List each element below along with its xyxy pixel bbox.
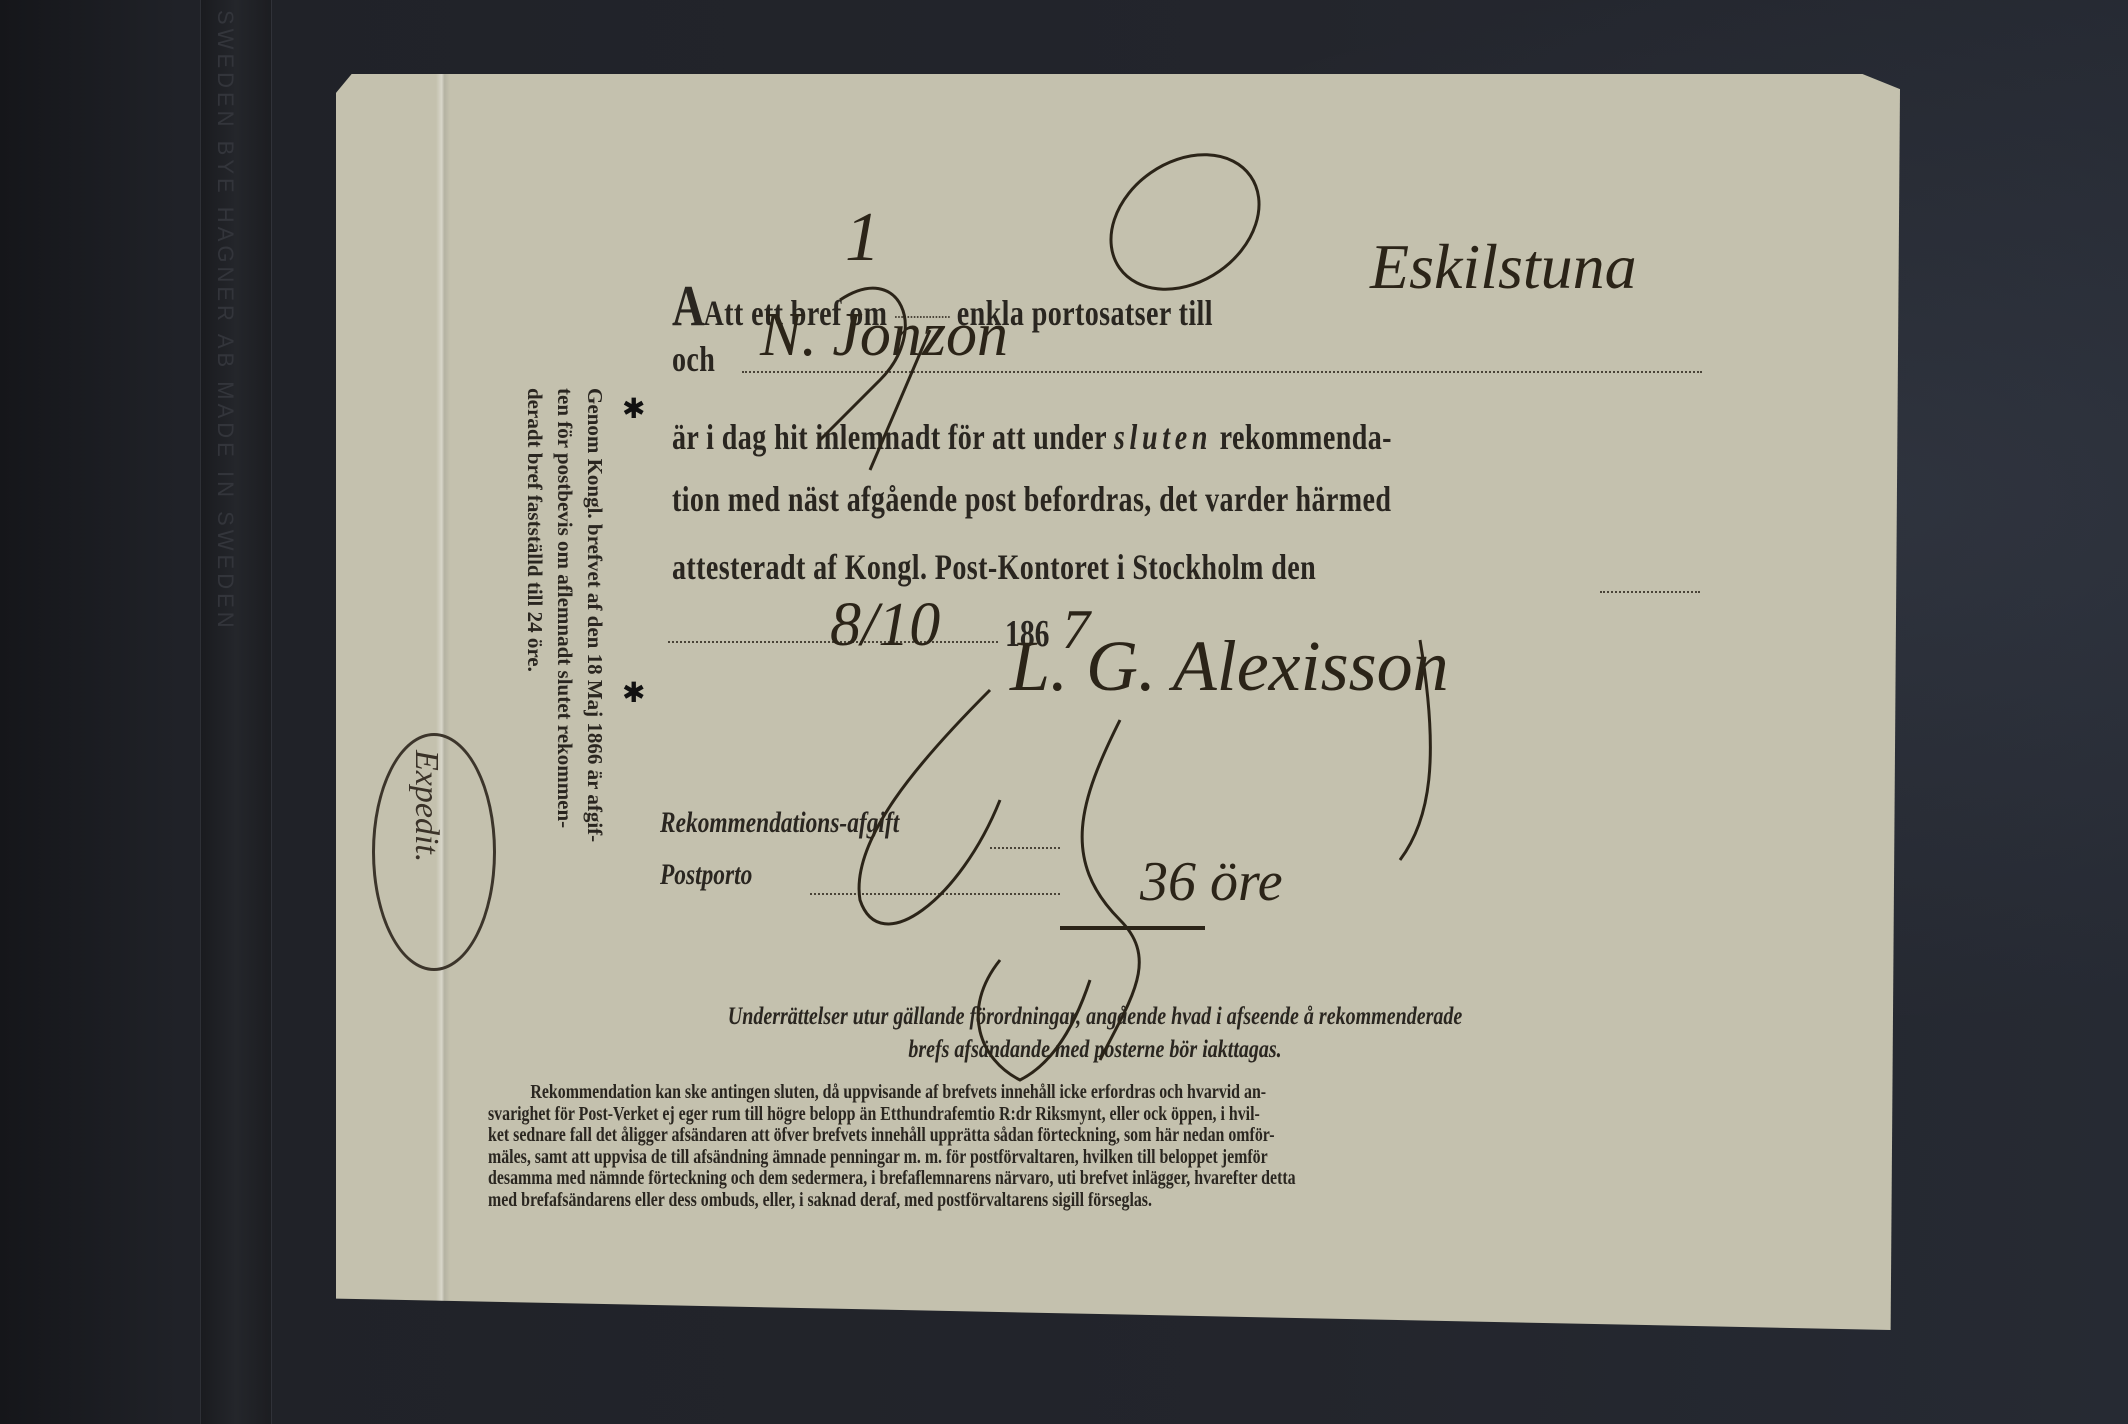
- handwriting-flourishes: [0, 0, 2128, 1424]
